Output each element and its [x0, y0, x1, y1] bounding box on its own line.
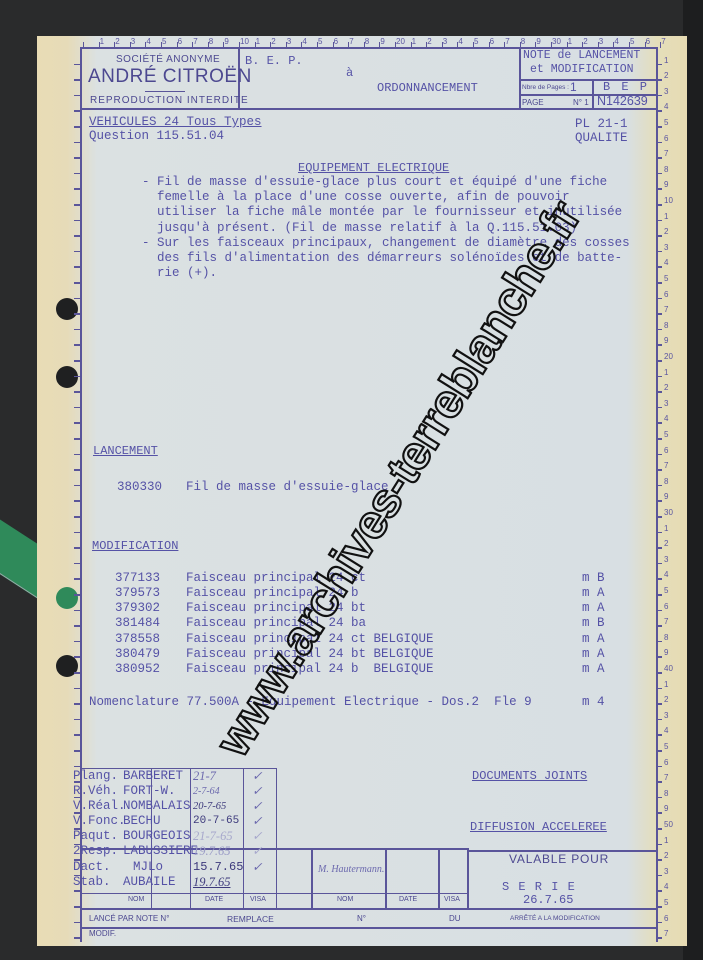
section-title: EQUIPEMENT ELECTRIQUE [298, 161, 449, 175]
ruler-number: 2 [664, 539, 668, 548]
grid-line [276, 768, 277, 908]
ruler-number: 1 [664, 56, 668, 65]
ruler-number: 2 [115, 37, 119, 46]
ruler-tick [74, 313, 80, 315]
ruler-tick [656, 547, 662, 549]
ruler-number: 50 [664, 820, 673, 829]
diffusion-label: DIFFUSION ACCELEREE [470, 820, 607, 834]
ruler-tick [656, 734, 662, 736]
ruler-number: 3 [287, 37, 291, 46]
ruler-tick [656, 812, 662, 814]
ruler-tick [74, 204, 80, 206]
ruler-tick [656, 376, 662, 378]
page-label: PAGE [522, 98, 544, 107]
ruler-number: 6 [664, 758, 668, 767]
ruler-tick [656, 703, 662, 705]
ruler-tick [656, 859, 662, 861]
ruler-tick [74, 173, 80, 175]
mod-index: m A [582, 647, 605, 661]
pages-value: 1 [570, 80, 577, 94]
ruler-number: 9 [380, 37, 384, 46]
ruler-number: 7 [193, 37, 197, 46]
ruler-number: 4 [614, 37, 618, 46]
ruler-tick [656, 282, 662, 284]
ruler-number: 1 [412, 37, 416, 46]
ruler-number: 7 [661, 37, 665, 46]
punch-hole [56, 298, 78, 320]
signature-role: V.Réal. [73, 799, 126, 814]
ruler-number: 2 [427, 37, 431, 46]
ruler-number: 2 [664, 383, 668, 392]
ruler-tick [656, 64, 662, 66]
right-ruler [656, 47, 658, 942]
signature-role: Paqut. [73, 829, 126, 844]
mod-index: m A [582, 601, 605, 615]
ruler-number: 4 [664, 570, 668, 579]
ruler-number: 2 [583, 37, 587, 46]
signature-date: 19.7.65 [193, 844, 243, 859]
ruler-number: 8 [664, 789, 668, 798]
ruler-number: 3 [664, 243, 668, 252]
footer-remplace: REMPLACE [227, 914, 274, 924]
valable-date: 26.7.65 [523, 893, 573, 907]
ruler-number: 6 [664, 914, 668, 923]
ruler-tick [656, 890, 662, 892]
signature-name: AUBAILE [123, 875, 198, 890]
ruler-number: 4 [302, 37, 306, 46]
ruler-number: 5 [664, 898, 668, 907]
signature-visas: ✓ ✓ ✓ ✓ ✓ ✓ ✓ [252, 769, 262, 875]
ruler-tick [656, 438, 662, 440]
ruler-number: 3 [664, 555, 668, 564]
ruler-tick [74, 266, 80, 268]
ruler-number: 9 [664, 804, 668, 813]
ruler-tick [656, 344, 662, 346]
ruler-tick [74, 110, 80, 112]
mod-index: m A [582, 586, 605, 600]
ruler-tick [656, 578, 662, 580]
ruler-number: 10 [664, 196, 673, 205]
ruler-tick [656, 235, 662, 237]
ruler-tick [74, 766, 80, 768]
ruler-number: 4 [664, 102, 668, 111]
ruler-number: 1 [664, 680, 668, 689]
ruler-tick [656, 173, 662, 175]
ruler-tick [656, 781, 662, 783]
signature-visa: ✓ [252, 799, 262, 814]
col-visa-2: VISA [444, 896, 460, 903]
ruler-tick [74, 329, 80, 331]
from-dept: B. E. P. [245, 54, 303, 68]
ruler-tick [74, 703, 80, 705]
punch-hole [56, 587, 78, 609]
ruler-tick [656, 485, 662, 487]
punch-hole [56, 655, 78, 677]
ruler-number: 4 [146, 37, 150, 46]
footer-arrete: ARRÊTÉ A LA MODIFICATION [510, 915, 600, 922]
company-name: ANDRÉ CITROËN [88, 66, 252, 88]
ruler-tick [656, 688, 662, 690]
plan-ref: PL 21-1 [575, 117, 628, 131]
ruler-number: 9 [664, 648, 668, 657]
mod-index: m A [582, 662, 605, 676]
ruler-tick [74, 594, 80, 596]
ruler-tick [74, 734, 80, 736]
signature-role: R.Véh. [73, 784, 126, 799]
ruler-tick [656, 126, 662, 128]
ruler-number: 4 [664, 726, 668, 735]
ruler-tick [656, 563, 662, 565]
ruler-tick [656, 407, 662, 409]
ruler-number: 8 [664, 633, 668, 642]
ruler-tick [74, 578, 80, 580]
ruler-tick [656, 454, 662, 456]
ruler-tick [656, 750, 662, 752]
signature-date: 21-7-65 [193, 829, 243, 844]
ruler-number: 4 [458, 37, 462, 46]
ruler-tick [74, 937, 80, 939]
ruler-tick [656, 266, 662, 268]
col-date: DATE [205, 896, 223, 903]
mod-ref: 381484 [115, 616, 160, 630]
ruler-tick [656, 220, 662, 222]
ruler-tick [656, 204, 662, 206]
quality-label: QUALITE [575, 131, 628, 145]
to-dept: ORDONNANCEMENT [377, 81, 478, 95]
ruler-number: 5 [664, 586, 668, 595]
signature-name: LABUSSIERE [123, 844, 198, 859]
ruler-number: 6 [664, 134, 668, 143]
ruler-number: 3 [664, 399, 668, 408]
ruler-tick [74, 485, 80, 487]
signature-name: BARBERET [123, 769, 198, 784]
footer-du: DU [449, 914, 461, 923]
dept-code: B E P [603, 80, 649, 94]
ruler-tick [74, 641, 80, 643]
logo-underline [145, 91, 185, 92]
ruler-number: 1 [664, 368, 668, 377]
ruler-number: 1 [100, 37, 104, 46]
ruler-number: 5 [318, 37, 322, 46]
ruler-tick [656, 329, 662, 331]
ruler-tick [74, 126, 80, 128]
ruler-number: 8 [521, 37, 525, 46]
col-date-2: DATE [399, 896, 417, 903]
ruler-tick [656, 313, 662, 315]
ruler-tick [656, 500, 662, 502]
ruler-number: 3 [131, 37, 135, 46]
ruler-number: 9 [224, 37, 228, 46]
vehicles-title: VEHICULES 24 Tous Types [89, 115, 262, 129]
ruler-tick [74, 64, 80, 66]
ruler-tick [74, 251, 80, 253]
ruler-tick [656, 641, 662, 643]
ruler-number: 10 [240, 37, 249, 46]
ruler-tick [74, 376, 80, 378]
header-divider [592, 79, 594, 109]
ruler-tick [74, 282, 80, 284]
ruler-tick [656, 610, 662, 612]
signature-name: BOURGEOIS [123, 829, 198, 844]
grid-line [80, 893, 468, 894]
signature-date: 21-7 [193, 769, 243, 784]
header-divider [80, 108, 658, 110]
ruler-tick [74, 235, 80, 237]
ruler-number: 30 [664, 508, 673, 517]
signature-name: NOMBALAIS [123, 799, 198, 814]
ruler-number: 8 [209, 37, 213, 46]
ruler-tick [74, 532, 80, 534]
ruler-tick [74, 391, 80, 393]
ruler-tick [656, 844, 662, 846]
grid-line [438, 848, 440, 908]
footer-no: N° [357, 914, 366, 923]
ruler-number: 1 [664, 212, 668, 221]
signature-visa: ✓ [252, 860, 262, 875]
to-label: à [346, 66, 353, 80]
signature-visa: ✓ [252, 814, 262, 829]
ruler-number: 3 [664, 711, 668, 720]
mod-ref: 379302 [115, 601, 160, 615]
question-ref: Question 115.51.04 [89, 129, 224, 143]
signature-visa: ✓ [252, 844, 262, 859]
doc-type-line2: et MODIFICATION [530, 63, 634, 76]
ruler-tick [74, 422, 80, 424]
lancement-title: LANCEMENT [93, 444, 158, 458]
ruler-number: 6 [178, 37, 182, 46]
ruler-number: 7 [349, 37, 353, 46]
ruler-number: 40 [664, 664, 673, 673]
ruler-tick [656, 391, 662, 393]
ruler-tick [74, 157, 80, 159]
signature-role: Dact. [73, 860, 126, 875]
ruler-tick [656, 625, 662, 627]
ruler-number: 3 [443, 37, 447, 46]
mod-ref: 377133 [115, 571, 160, 585]
ruler-tick [656, 142, 662, 144]
ruler-tick [74, 610, 80, 612]
ruler-number: 5 [630, 37, 634, 46]
ruler-tick [656, 110, 662, 112]
ruler-tick [74, 688, 80, 690]
ruler-tick [74, 438, 80, 440]
ruler-number: 8 [664, 165, 668, 174]
ruler-tick [74, 469, 80, 471]
signature-role: Plang. [73, 769, 126, 784]
ruler-number: 2 [664, 695, 668, 704]
ruler-tick [656, 656, 662, 658]
signature-date: 15.7.65 [193, 860, 243, 875]
company-line1: SOCIÉTÉ ANONYME [116, 54, 220, 65]
ruler-number: 2 [664, 851, 668, 860]
ruler-tick [74, 719, 80, 721]
mod-ref: 380479 [115, 647, 160, 661]
ruler-number: 5 [474, 37, 478, 46]
ruler-number: 6 [664, 602, 668, 611]
nomenclature-index: m 4 [582, 695, 605, 709]
col-visa: VISA [250, 896, 266, 903]
header-divider [519, 47, 521, 109]
pages-label: Nbre de Pages : [522, 84, 569, 91]
ruler-number: 6 [664, 290, 668, 299]
ruler-tick [74, 79, 80, 81]
signature-roles: Plang. R.Véh. V.Réal. V.Fonc. Paqut. 2Re… [73, 769, 126, 890]
signature-name: FORT-W. [123, 784, 198, 799]
signature-dates: 21-7 2-7-64 20-7-65 20-7-65 21-7-65 19.7… [193, 769, 243, 890]
ruler-number: 4 [664, 414, 668, 423]
valable-label: VALABLE POUR [509, 852, 609, 866]
grid-line [80, 908, 658, 910]
ruler-tick [656, 298, 662, 300]
ruler-number: 2 [271, 37, 275, 46]
signature-date: 20-7-65 [193, 814, 243, 829]
ruler-number: 7 [664, 149, 668, 158]
ruler-number: 3 [664, 867, 668, 876]
ruler-number: 5 [162, 37, 166, 46]
ruler-tick [74, 656, 80, 658]
ruler-tick [74, 220, 80, 222]
mod-index: m A [582, 632, 605, 646]
ruler-tick [656, 422, 662, 424]
ruler-tick [656, 532, 662, 534]
mod-index: m B [582, 571, 605, 585]
company-line3: REPRODUCTION INTERDITE [90, 95, 249, 106]
ruler-tick [74, 188, 80, 190]
body-line: - Fil de masse d'essuie-glace plus court… [142, 175, 630, 190]
signature-visa: ✓ [252, 829, 262, 844]
footer-modif: MODIF. [89, 929, 116, 938]
col-nom-2: NOM [337, 896, 353, 903]
mod-ref: 378558 [115, 632, 160, 646]
ruler-tick [74, 750, 80, 752]
ruler-number: 7 [505, 37, 509, 46]
ruler-tick [656, 828, 662, 830]
ruler-tick [656, 516, 662, 518]
ruler-tick [656, 797, 662, 799]
signature-date: 2-7-64 [193, 784, 243, 799]
lancement-ref: 380330 [117, 480, 162, 494]
ruler-number: 5 [664, 430, 668, 439]
doc-type-line1: NOTE de LANCEMENT [523, 49, 640, 62]
mod-ref: 379573 [115, 586, 160, 600]
serie-label: S E R I E [502, 880, 576, 894]
ruler-number: 2 [664, 71, 668, 80]
signature-names: BARBERET FORT-W. NOMBALAIS BECHU BOURGEO… [123, 769, 198, 890]
ruler-tick [74, 407, 80, 409]
ruler-number: 5 [664, 742, 668, 751]
page-number-label: N° 1 [573, 98, 589, 107]
ruler-number: 9 [664, 492, 668, 501]
ruler-tick [656, 937, 662, 939]
signature-role: V.Fonc. [73, 814, 126, 829]
ruler-number: 3 [599, 37, 603, 46]
ruler-tick [656, 469, 662, 471]
ruler-number: 5 [664, 118, 668, 127]
ruler-tick [74, 890, 80, 892]
nomenclature: Nomenclature 77.500A - Equipement Electr… [89, 695, 532, 709]
signature-visa: ✓ [252, 769, 262, 784]
ruler-number: 7 [664, 305, 668, 314]
signature-role: Stab. [73, 875, 126, 890]
ruler-tick [74, 625, 80, 627]
ruler-number: 1 [664, 836, 668, 845]
ruler-number: 9 [536, 37, 540, 46]
grid-line [311, 848, 313, 908]
ruler-number: 2 [664, 227, 668, 236]
ruler-tick [74, 516, 80, 518]
ruler-tick [74, 547, 80, 549]
signature-date: 20-7-65 [193, 799, 243, 814]
ruler-number: 6 [334, 37, 338, 46]
signature-role: 2Resp. [73, 844, 126, 859]
ruler-tick [74, 500, 80, 502]
signature-date: 19.7.65 [193, 875, 243, 890]
ruler-tick [656, 719, 662, 721]
ruler-number: 7 [664, 773, 668, 782]
ruler-tick [656, 251, 662, 253]
ruler-tick [74, 142, 80, 144]
ruler-number: 5 [664, 274, 668, 283]
ruler-number: 1 [664, 524, 668, 533]
ruler-number: 7 [664, 617, 668, 626]
ruler-tick [74, 95, 80, 97]
ruler-number: 20 [664, 352, 673, 361]
mod-index: m B [582, 616, 605, 630]
ruler-tick [74, 672, 80, 674]
modification-title: MODIFICATION [92, 539, 178, 553]
ruler-tick [656, 157, 662, 159]
ruler-tick [656, 766, 662, 768]
signature-name: MJLo [123, 860, 198, 875]
grid-line [80, 927, 658, 929]
ruler-tick [656, 672, 662, 674]
documents-joints: DOCUMENTS JOINTS [472, 769, 587, 783]
ruler-tick [74, 454, 80, 456]
note-number: N142639 [597, 94, 648, 108]
ruler-number: 30 [552, 37, 561, 46]
ruler-tick [74, 360, 80, 362]
ruler-number: 20 [396, 37, 405, 46]
ruler-number: 4 [664, 258, 668, 267]
ruler-number: 6 [490, 37, 494, 46]
ruler-number: 1 [256, 37, 260, 46]
ruler-number: 9 [664, 180, 668, 189]
ruler-tick [656, 360, 662, 362]
ruler-number: 8 [365, 37, 369, 46]
ruler-tick [656, 875, 662, 877]
grid-line [467, 848, 469, 908]
ruler-number: 7 [664, 461, 668, 470]
ruler-number: 7 [664, 929, 668, 938]
ruler-tick [656, 594, 662, 596]
ruler-number: 8 [664, 321, 668, 330]
ruler-number: 6 [664, 446, 668, 455]
ruler-tick [74, 298, 80, 300]
handwritten-note: M. Hautermann. [318, 864, 384, 875]
signature-visa: ✓ [252, 784, 262, 799]
col-nom: NOM [128, 896, 144, 903]
signature-name: BECHU [123, 814, 198, 829]
ruler-tick [74, 563, 80, 565]
ruler-number: 1 [568, 37, 572, 46]
ruler-number: 6 [646, 37, 650, 46]
grid-line [385, 848, 387, 908]
ruler-number: 4 [664, 882, 668, 891]
mod-ref: 380952 [115, 662, 160, 676]
ruler-number: 8 [664, 477, 668, 486]
ruler-number: 3 [664, 87, 668, 96]
ruler-tick [74, 922, 80, 924]
